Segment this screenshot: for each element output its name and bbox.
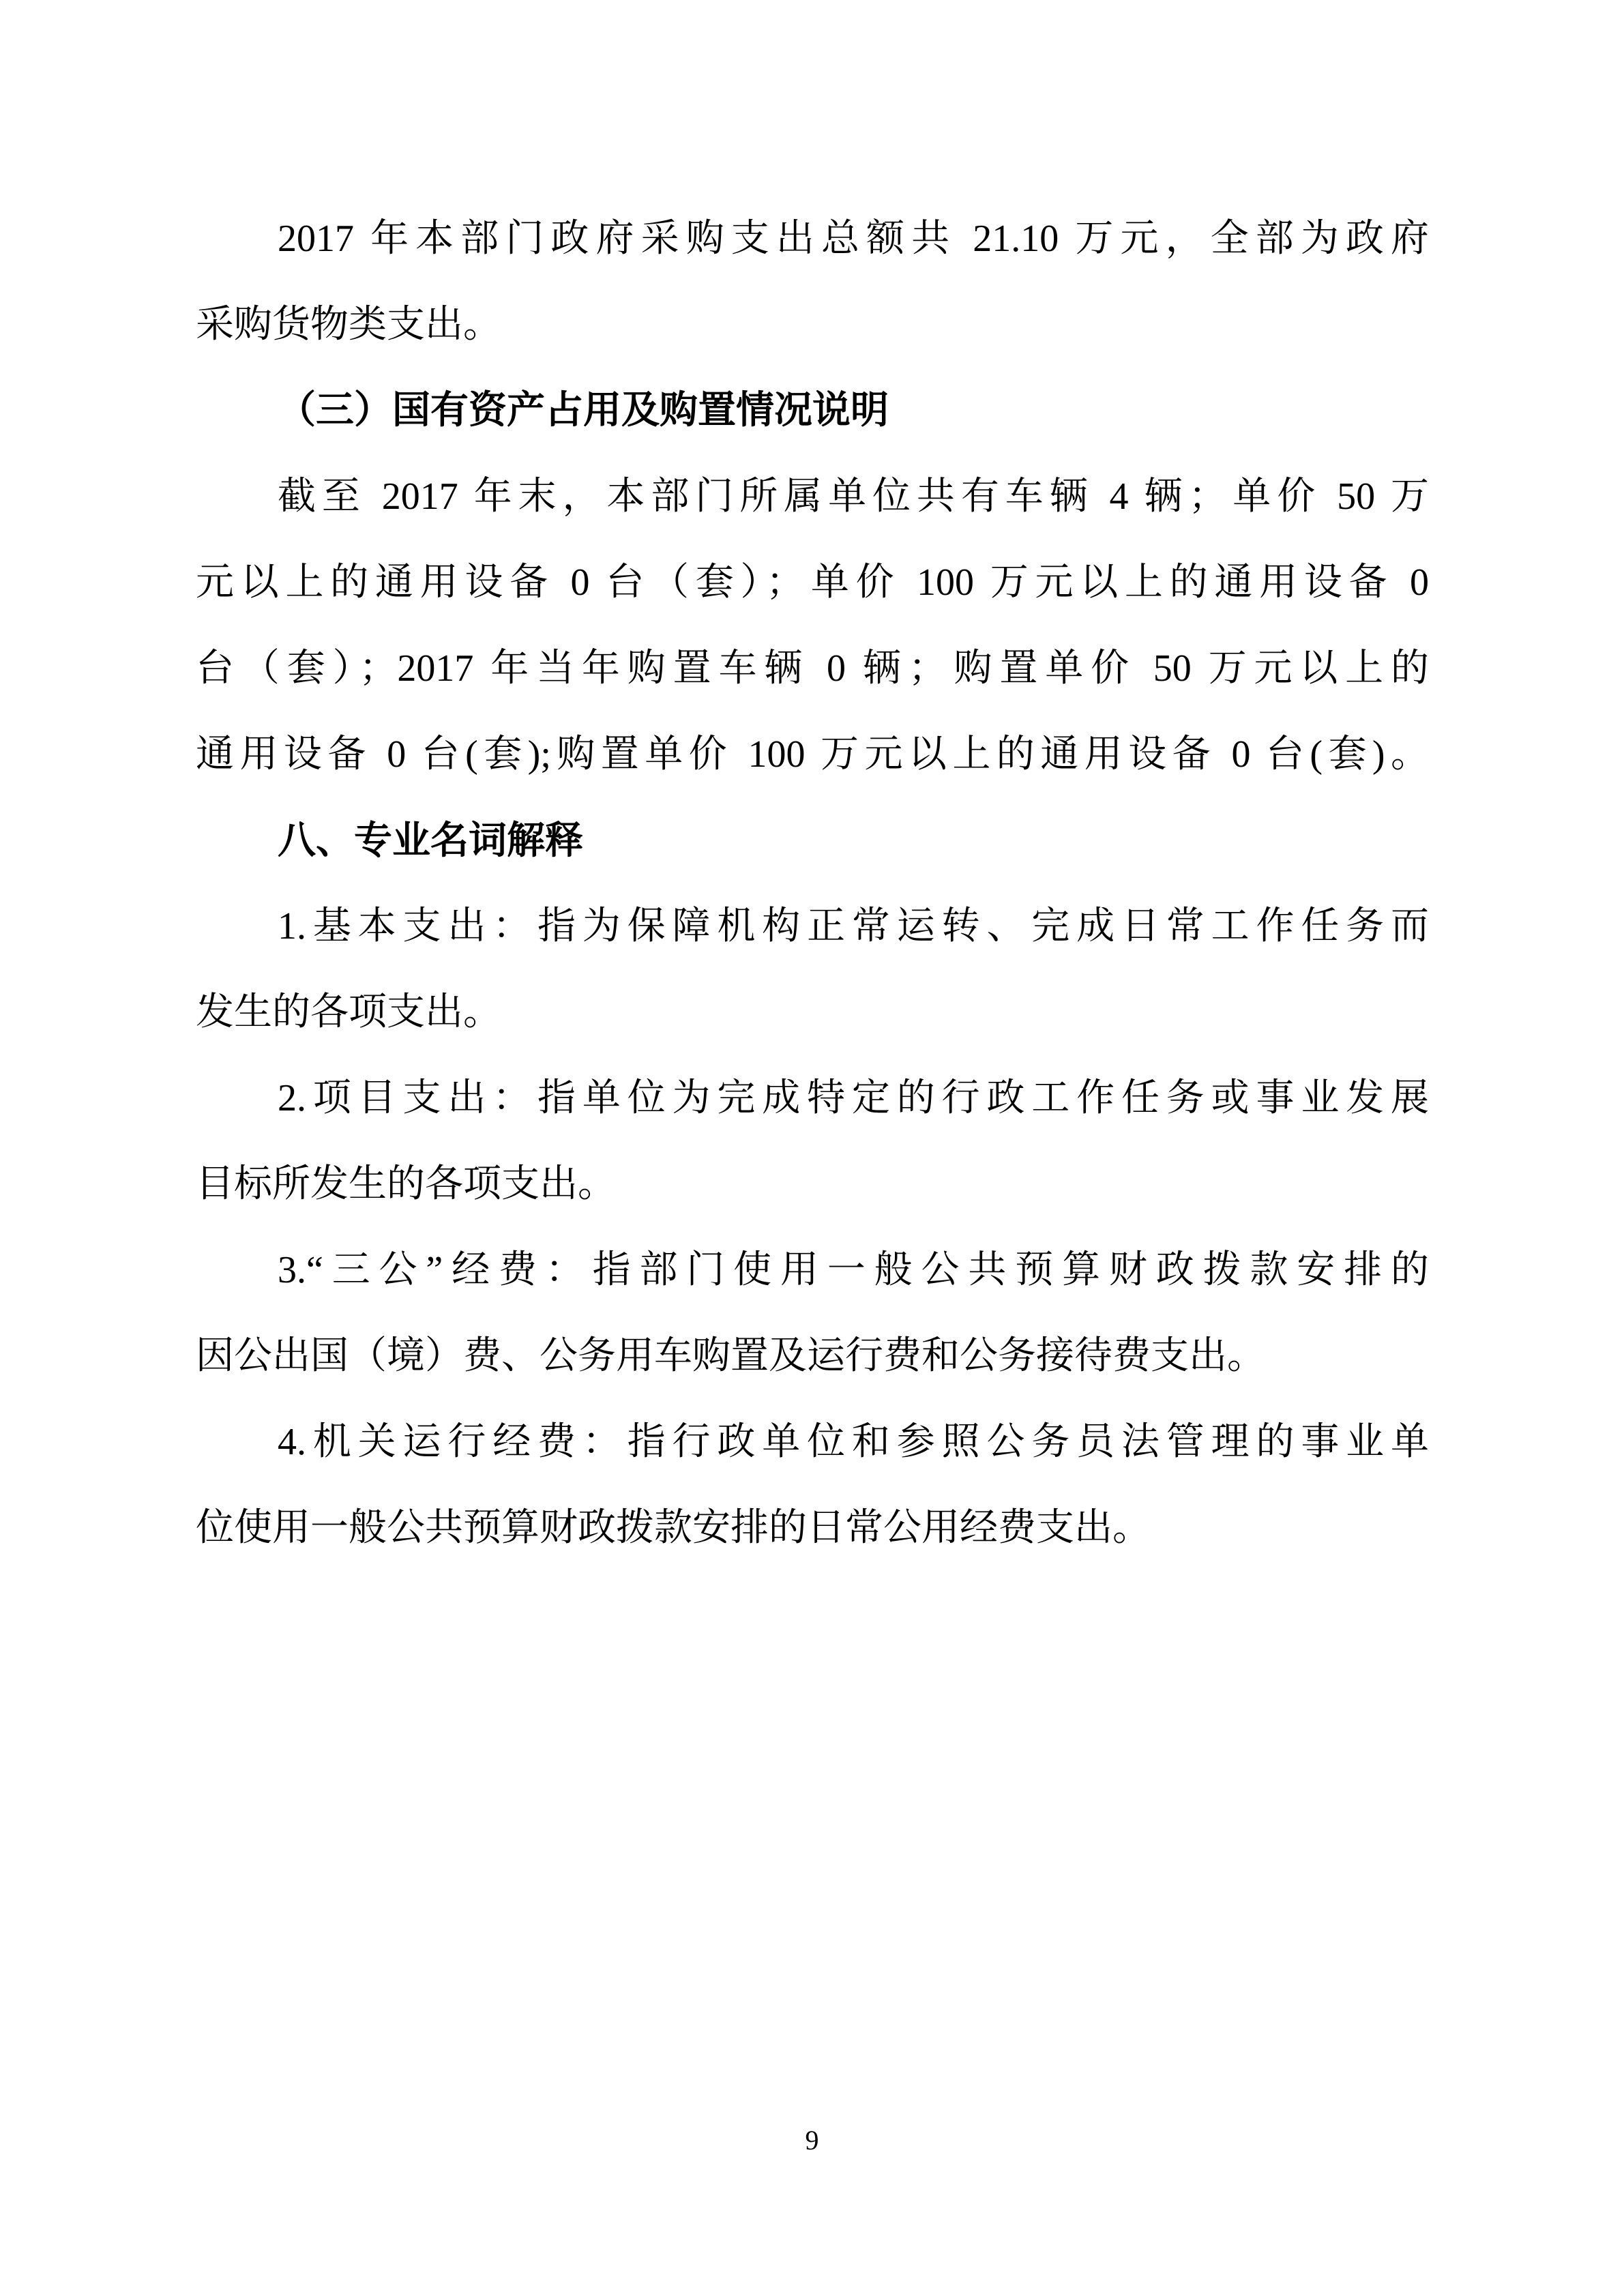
section-heading: 八、专业名词解释: [196, 797, 1429, 883]
paragraph-line: 3.“三公”经费：指部门使用一般公共预算财政拨款安排的: [196, 1227, 1429, 1313]
paragraph-line: 4.机关运行经费：指行政单位和参照公务员法管理的事业单: [196, 1399, 1429, 1485]
paragraph-line: 因公出国（境）费、公务用车购置及运行费和公务接待费支出。: [196, 1313, 1429, 1399]
paragraph-line: 位使用一般公共预算财政拨款安排的日常公用经费支出。: [196, 1485, 1429, 1571]
page-number: 9: [806, 2125, 819, 2155]
paragraph-line: 目标所发生的各项支出。: [196, 1141, 1429, 1227]
paragraph-line: 2.项目支出：指单位为完成特定的行政工作任务或事业发展: [196, 1055, 1429, 1141]
paragraph-line: 截至 2017 年末，本部门所属单位共有车辆 4 辆；单价 50 万: [196, 454, 1429, 540]
subsection-heading: （三）国有资产占用及购置情况说明: [196, 368, 1429, 454]
paragraph-line: 采购货物类支出。: [196, 282, 1429, 368]
document-page: 2017 年本部门政府采购支出总额共 21.10 万元，全部为政府 采购货物类支…: [0, 0, 1624, 2296]
paragraph-line: 元以上的通用设备 0 台（套）；单价 100 万元以上的通用设备 0: [196, 540, 1429, 625]
paragraph-line: 2017 年本部门政府采购支出总额共 21.10 万元，全部为政府: [196, 196, 1429, 282]
paragraph-line: 通用设备 0 台(套);购置单价 100 万元以上的通用设备 0 台(套)。: [196, 711, 1429, 797]
paragraph-line: 1.基本支出：指为保障机构正常运转、完成日常工作任务而: [196, 883, 1429, 969]
document-body: 2017 年本部门政府采购支出总额共 21.10 万元，全部为政府 采购货物类支…: [196, 196, 1429, 1571]
paragraph-line: 发生的各项支出。: [196, 969, 1429, 1055]
paragraph-line: 台（套）；2017 年当年购置车辆 0 辆；购置单价 50 万元以上的: [196, 625, 1429, 711]
page-footer: 9: [0, 2120, 1624, 2161]
